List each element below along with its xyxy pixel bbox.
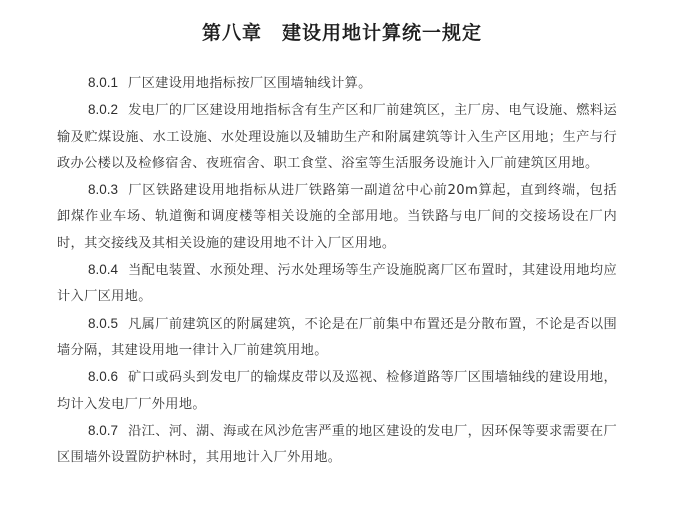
- clause-number: 8.0.7: [88, 423, 118, 438]
- clause-8-0-5: 8.0.5凡属厂前建筑区的附属建筑，不论是在厂前集中布置还是分散布置，不论是否以…: [57, 311, 617, 365]
- clause-8-0-1: 8.0.1厂区建设用地指标按厂区围墙轴线计算。: [57, 70, 617, 97]
- clause-text: 矿口或码头到发电厂的输煤皮带以及巡视、检修道路等厂区围墙轴线的建设用地，均计入发…: [57, 370, 617, 411]
- clause-number: 8.0.3: [88, 182, 118, 197]
- clause-text: 当配电装置、水预处理、污水处理场等生产设施脱离厂区布置时，其建设用地均应计入厂区…: [57, 263, 617, 304]
- clause-number: 8.0.5: [88, 316, 118, 331]
- clause-8-0-6: 8.0.6矿口或码头到发电厂的输煤皮带以及巡视、检修道路等厂区围墙轴线的建设用地…: [57, 364, 617, 418]
- clause-text: 发电厂的厂区建设用地指标含有生产区和厂前建筑区，主厂房、电气设施、燃料运输及贮煤…: [57, 103, 617, 171]
- clause-text: 厂区建设用地指标按厂区围墙轴线计算。: [128, 76, 372, 91]
- clause-number: 8.0.1: [88, 75, 118, 90]
- clause-8-0-4: 8.0.4当配电装置、水预处理、污水处理场等生产设施脱离厂区布置时，其建设用地均…: [57, 257, 617, 311]
- clause-number: 8.0.4: [88, 262, 118, 277]
- clause-8-0-2: 8.0.2发电厂的厂区建设用地指标含有生产区和厂前建筑区，主厂房、电气设施、燃料…: [57, 97, 617, 177]
- clause-number: 8.0.6: [88, 369, 118, 384]
- document-page: 第八章 建设用地计算统一规定 8.0.1厂区建设用地指标按厂区围墙轴线计算。 8…: [0, 0, 684, 524]
- chapter-title: 第八章 建设用地计算统一规定: [0, 18, 684, 45]
- clause-text: 厂区铁路建设用地指标从进厂铁路第一副道岔中心前20m算起，直到终端，包括卸煤作业…: [57, 183, 617, 251]
- clause-text: 沿江、河、湖、海或在风沙危害严重的地区建设的发电厂，因环保等要求需要在厂区围墙外…: [57, 424, 617, 465]
- clause-8-0-7: 8.0.7沿江、河、湖、海或在风沙危害严重的地区建设的发电厂，因环保等要求需要在…: [57, 418, 617, 472]
- clause-number: 8.0.2: [88, 102, 118, 117]
- clause-8-0-3: 8.0.3厂区铁路建设用地指标从进厂铁路第一副道岔中心前20m算起，直到终端，包…: [57, 177, 617, 257]
- clause-text: 凡属厂前建筑区的附属建筑，不论是在厂前集中布置还是分散布置，不论是否以围墙分隔，…: [57, 317, 617, 358]
- document-body: 8.0.1厂区建设用地指标按厂区围墙轴线计算。 8.0.2发电厂的厂区建设用地指…: [57, 70, 617, 471]
